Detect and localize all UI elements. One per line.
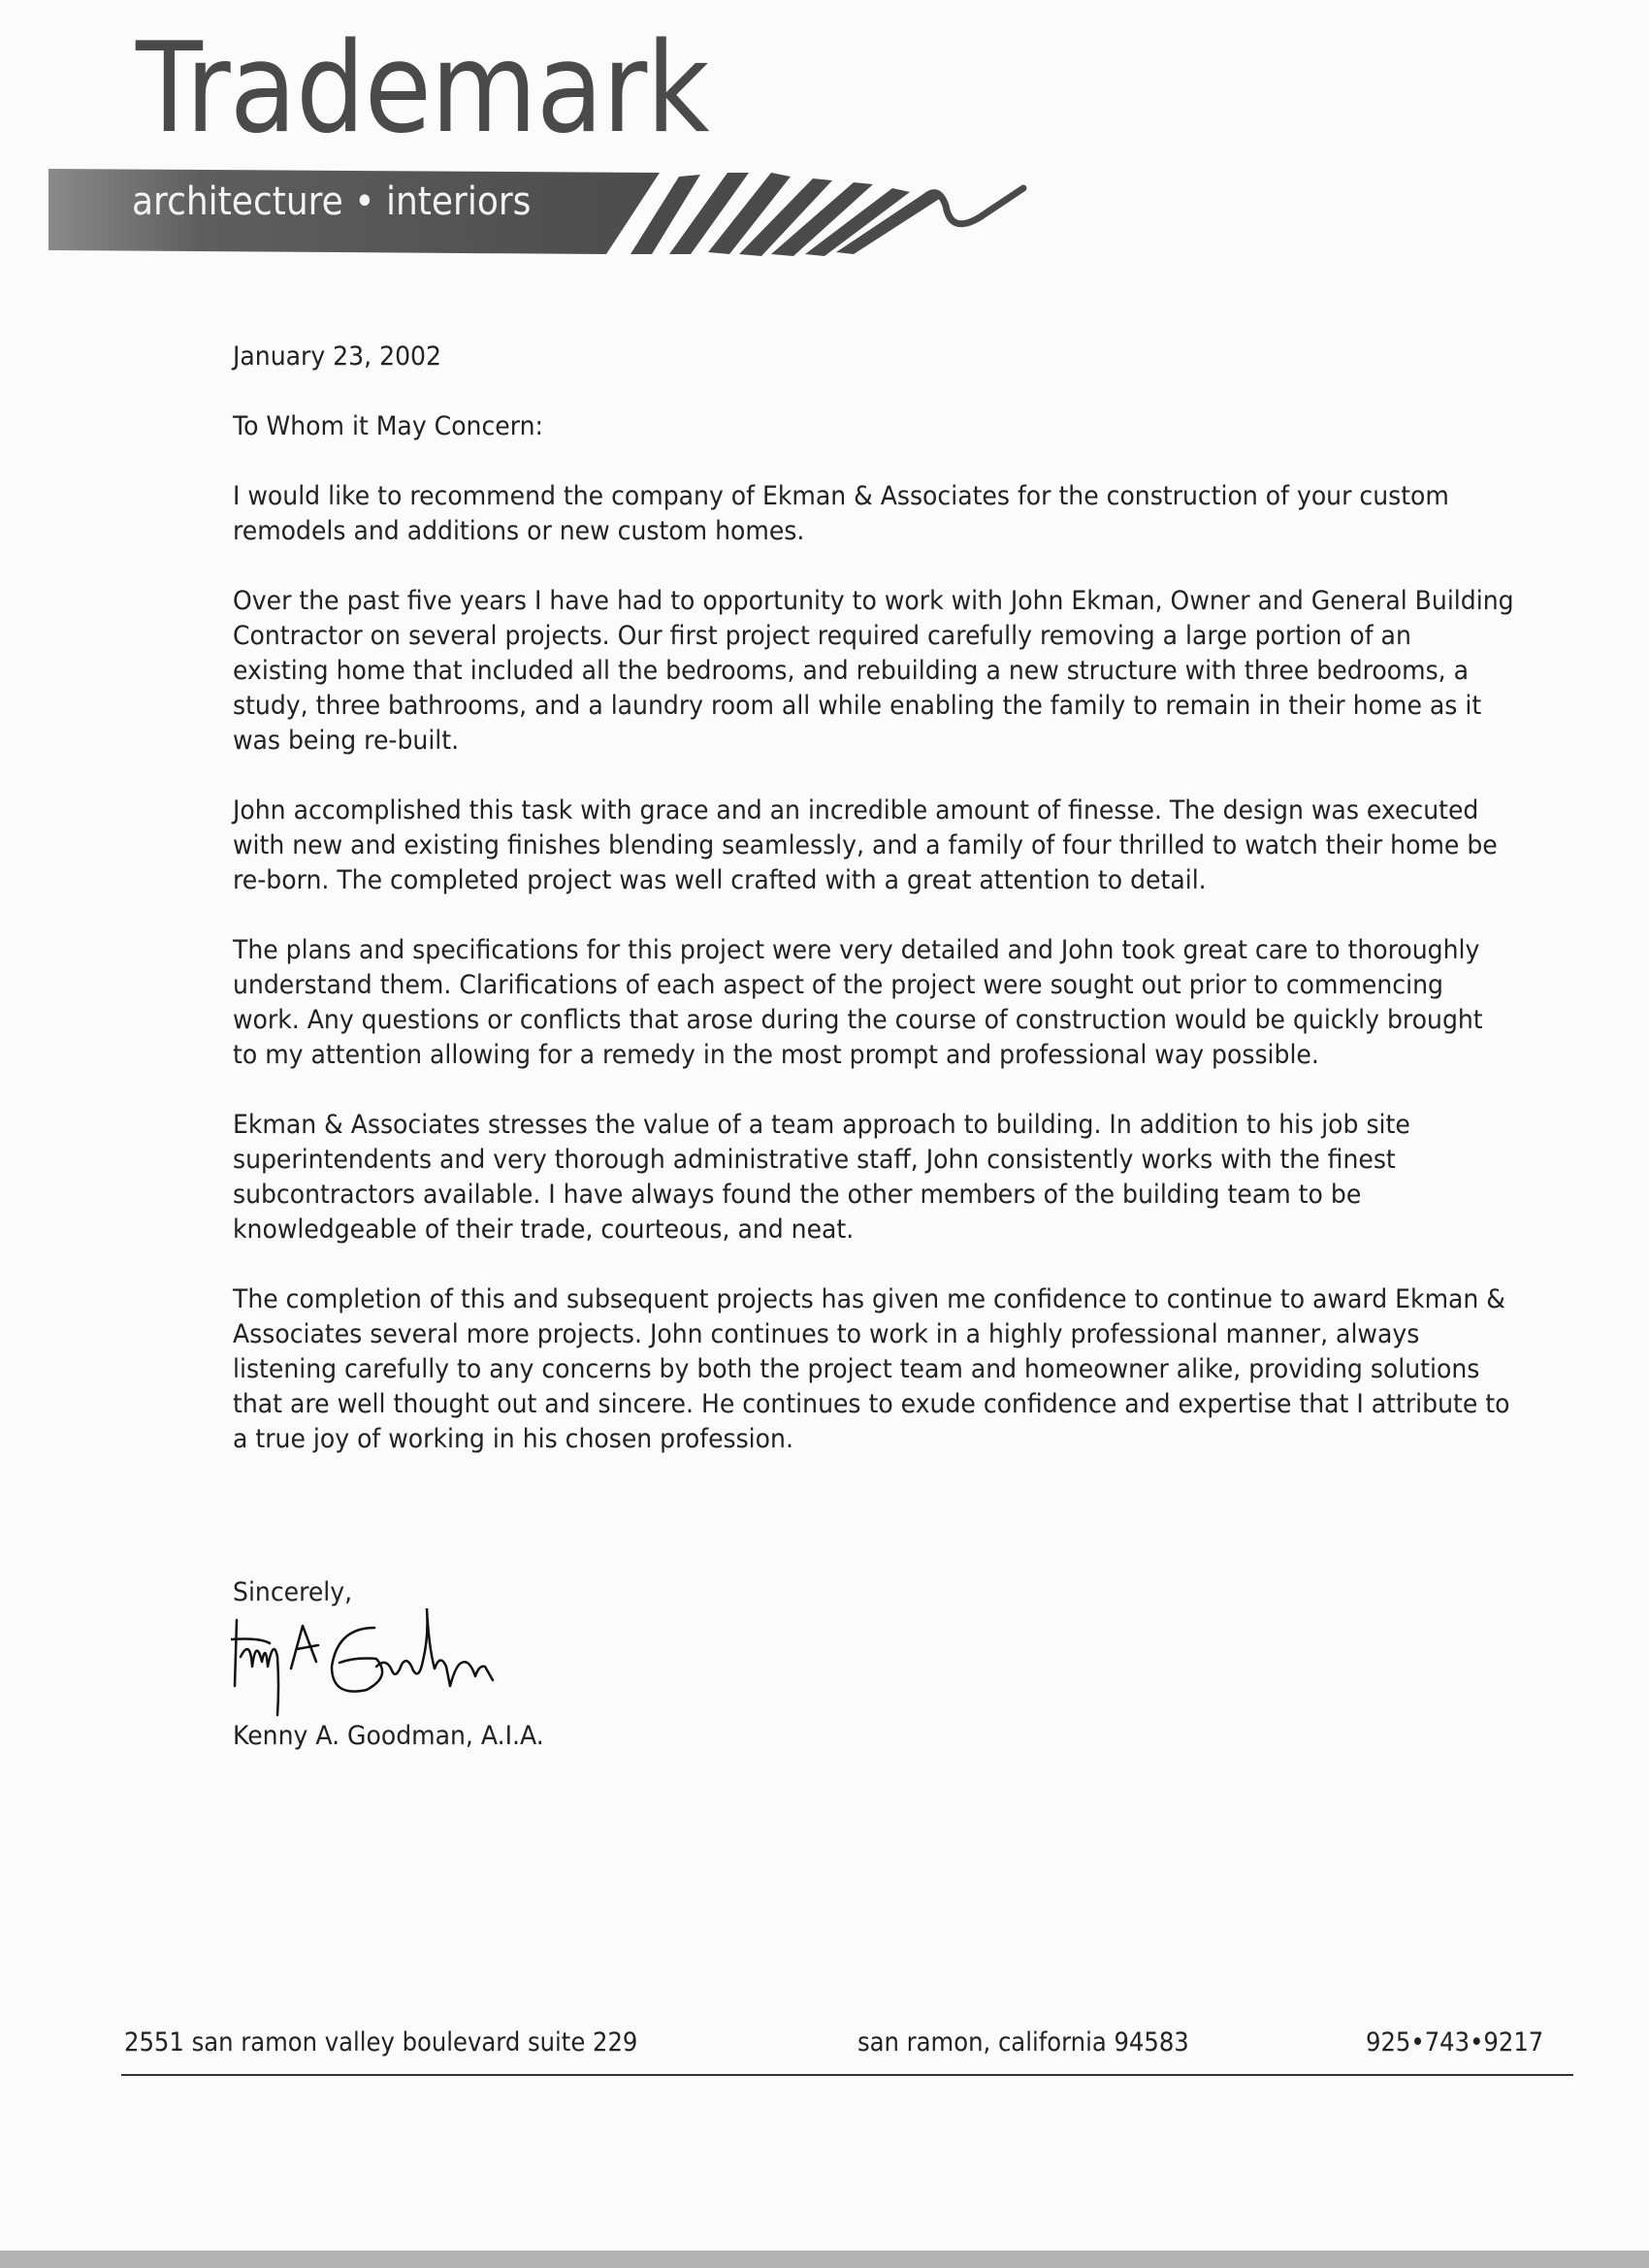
salutation: To Whom it May Concern: (233, 409, 1514, 444)
paragraph-3: John accomplished this task with grace a… (233, 794, 1514, 898)
scan-edge-band (0, 2251, 1649, 2268)
paragraph-2: Over the past five years I have had to o… (233, 584, 1514, 759)
letter-body: January 23, 2002 To Whom it May Concern:… (233, 340, 1513, 1492)
letter-page: Trademark architecture • (0, 0, 1649, 2268)
paragraph-5: Ekman & Associates stresses the value of… (233, 1108, 1514, 1247)
footer-phone: 925•743•9217 (1366, 2027, 1543, 2057)
footer-divider (121, 2074, 1573, 2076)
signer-name: Kenny A. Goodman, A.I.A. (233, 1721, 544, 1751)
letter-date: January 23, 2002 (233, 340, 1514, 374)
paragraph-6: The completion of this and subsequent pr… (233, 1282, 1514, 1457)
footer-address: 2551 san ramon valley boulevard suite 22… (124, 2027, 637, 2057)
paragraph-1: I would like to recommend the company of… (233, 479, 1514, 549)
letterhead-footer: 2551 san ramon valley boulevard suite 22… (124, 2027, 1574, 2066)
handwritten-signature (231, 1608, 541, 1734)
footer-city: san ramon, california 94583 (857, 2027, 1189, 2057)
company-tagline: architecture • interiors (132, 182, 531, 221)
closing: Sincerely, (233, 1577, 352, 1607)
company-logo-title: Trademark (136, 27, 709, 151)
paragraph-4: The plans and specifications for this pr… (233, 933, 1514, 1073)
